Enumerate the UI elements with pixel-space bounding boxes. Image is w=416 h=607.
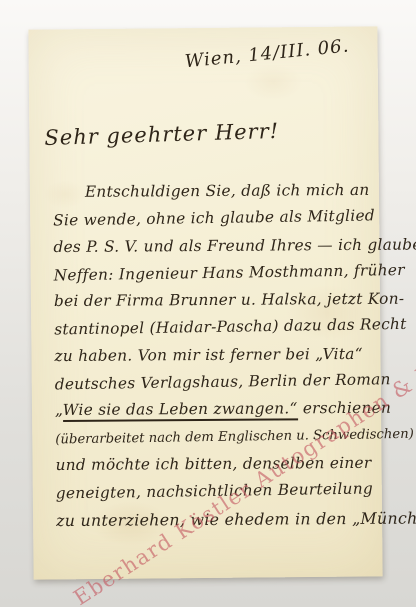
body-line: und möchte ich bitten, denselben einer: [55, 450, 379, 480]
body-line: Neffen: Ingenieur Hans Mosthmann, früher: [54, 257, 378, 289]
body-line: des P. S. V. und als Freund Ihres — ich …: [53, 231, 377, 261]
body-line: bei der Firma Brunner u. Halska, jetzt K…: [54, 286, 378, 316]
letter-paper: Wien, 14/III. 06. Sehr geehrter Herr! En…: [28, 26, 382, 579]
body-line: Sie wende, ohne ich glaube als Mitglied: [53, 203, 377, 235]
title-quote-open: „: [55, 401, 63, 419]
body-line: (überarbeitet nach dem Englischen u. Sch…: [55, 421, 379, 453]
body-line-book-title: „Wie sie das Leben zwangen.“ erschienen: [55, 395, 379, 425]
body-line: Entschuldigen Sie, daß ich mich an: [53, 177, 377, 207]
book-title-underlined: Wie sie das Leben zwangen.“: [63, 400, 298, 423]
body-line: zu unterziehen, wie ehedem in den „Münch…: [56, 504, 380, 534]
body-line: deutsches Verlagshaus, Berlin der Roman: [55, 366, 379, 398]
letter-body: Entschuldigen Sie, daß ich mich an Sie w…: [53, 176, 380, 534]
photograph-background: Wien, 14/III. 06. Sehr geehrter Herr! En…: [0, 0, 416, 607]
body-line: stantinopel (Haidar-Pascha) dazu das Rec…: [54, 312, 378, 344]
body-line: geneigten, nachsichtlichen Beurteilung: [56, 476, 380, 508]
body-line: zu haben. Von mir ist ferner bei „Vita“: [54, 341, 378, 371]
title-line-rest: erschienen: [298, 399, 392, 418]
letter-date: Wien, 14/III. 06.: [184, 35, 350, 72]
letter-salutation: Sehr geehrter Herr!: [44, 119, 279, 150]
